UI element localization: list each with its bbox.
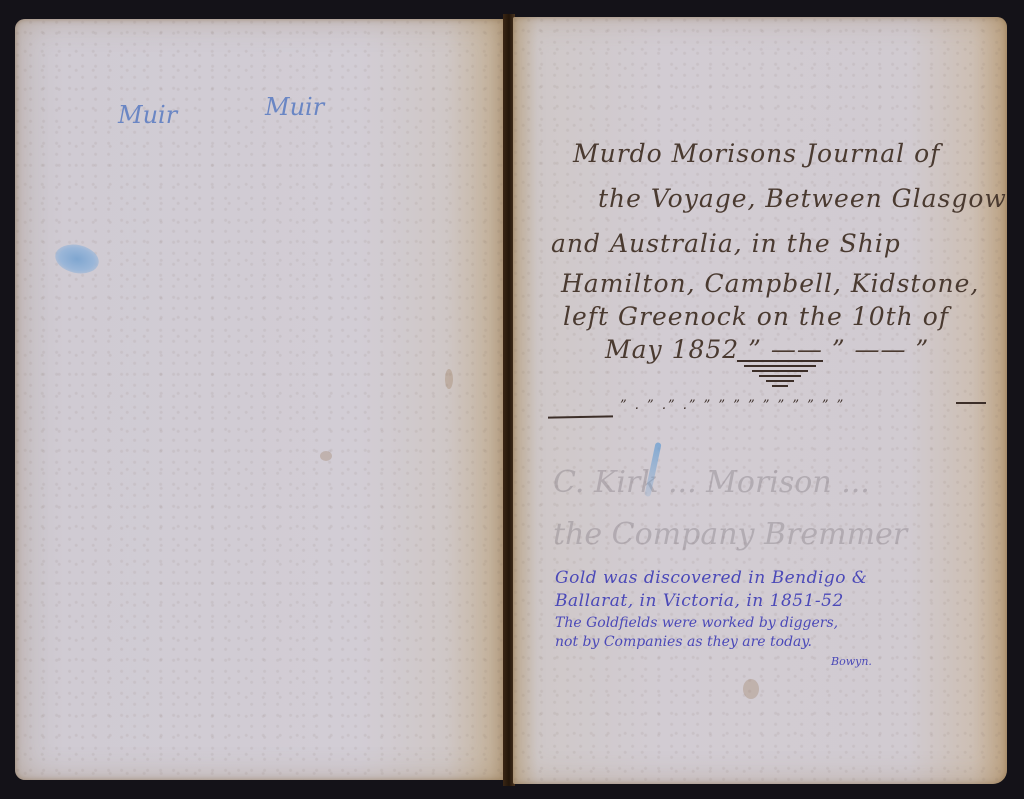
divider-marks: ” . ” .” .” ” ” ” ” ” ” ” ” ” ”: [620, 398, 845, 413]
note-line-3: The Goldfields were worked by diggers,: [555, 615, 838, 631]
divider-dash-right: [956, 402, 986, 404]
pencil-note-1: Muir: [118, 101, 177, 129]
title-line-3: and Australia, in the Ship: [551, 229, 901, 258]
foxing-stain: [743, 679, 759, 699]
foxing-stain: [445, 369, 453, 389]
note-signature: Bowyn.: [831, 655, 872, 668]
title-line-2: the Voyage, Between Glasgow: [598, 184, 1007, 213]
left-page: Muir Muir: [15, 19, 505, 780]
title-line-5: left Greenock on the 10th of: [563, 302, 949, 331]
note-line-1: Gold was discovered in Bendigo &: [555, 568, 868, 588]
note-line-2: Ballarat, in Victoria, in 1851-52: [555, 591, 844, 611]
decorative-triangle-rules: [735, 360, 825, 402]
foxing-stain: [320, 451, 332, 461]
note-line-4: not by Companies as they are today.: [555, 634, 812, 650]
faded-line-2: the Company Bremmer: [553, 517, 907, 552]
title-line-1: Murdo Morisons Journal of: [573, 139, 940, 168]
ink-blot: [53, 241, 102, 278]
decorative-divider: ” . ” .” .” ” ” ” ” ” ” ” ” ” ”: [548, 402, 986, 418]
faded-line-1: C. Kirk ... Morison ...: [553, 465, 870, 500]
title-line-4: Hamilton, Campbell, Kidstone,: [561, 269, 979, 298]
pencil-note-2: Muir: [265, 93, 324, 121]
